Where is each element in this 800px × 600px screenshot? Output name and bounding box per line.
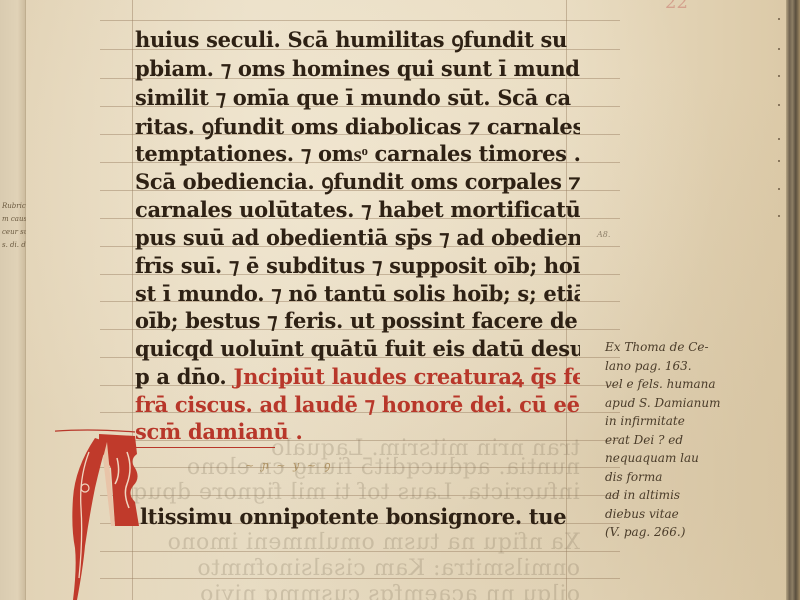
interlinear-scribble: ~ ɲ ~ y ~ ꝯ	[245, 458, 332, 473]
annotation-line: nequaquam lau	[605, 449, 785, 468]
facing-note-line: ceur su	[2, 226, 26, 239]
facing-note-line: s. di. dos	[2, 239, 26, 252]
pricking-hole	[778, 104, 780, 106]
text-line-3: similit ⁊ omīa que ī mundo sūt. Scā ca	[135, 82, 580, 114]
pricking-hole	[778, 48, 780, 50]
annotation-line: diebus vitae	[605, 505, 785, 524]
annotation-line: dis forma	[605, 468, 785, 487]
annotation-line: erat Dei ? ed	[605, 431, 785, 450]
margin-mark: A8.	[597, 230, 610, 239]
facing-page-note: Rubric m caus ceur su s. di. dos	[2, 200, 26, 252]
folio-number: 22	[665, 0, 688, 13]
pricking-hole	[778, 215, 780, 217]
annotation-line: in infirmitate	[605, 412, 785, 431]
text-line-13-black: p a dn̄o.	[135, 364, 233, 389]
annotation-line: Ex Thoma de Ce-	[605, 338, 785, 357]
binding-gutter	[786, 0, 800, 600]
illuminated-initial-a	[55, 428, 145, 600]
rubric-underline	[135, 447, 275, 448]
rubric-line-15: scm̄ damianū .	[135, 416, 580, 448]
pricking-hole	[778, 160, 780, 162]
pricking-hole	[778, 75, 780, 77]
pricking-hole	[778, 18, 780, 20]
pricking-hole	[778, 188, 780, 190]
show-through-text: nuntia. aqducqdit5 fiung cn elono	[130, 455, 580, 480]
annotation-line: ad in altimis	[605, 486, 785, 505]
annotation-line: lano pag. 163.	[605, 357, 785, 376]
facing-page-edge: Rubric m caus ceur su s. di. dos	[0, 0, 26, 600]
show-through-text: oilqu nn acaemfqs cusmmq nivio	[130, 582, 580, 600]
margin-annotation: Ex Thoma de Ce- lano pag. 163. vel e fel…	[605, 338, 785, 542]
annotation-line: (V. pag. 266.)	[605, 523, 785, 542]
show-through-text: Xa nfiqu na tusm omulnmeni imono	[130, 530, 580, 555]
initial-a-icon	[55, 428, 145, 600]
annotation-line: vel e fels. humana	[605, 375, 785, 394]
facing-note-line: m caus	[2, 213, 26, 226]
facing-note-line: Rubric	[2, 200, 26, 213]
pricking-hole	[778, 138, 780, 140]
text-line-1: huius seculi. Scā humilitas ꝯfundit su	[135, 24, 580, 56]
canticle-first-line: ltissimu onnipotente bonsignore. tue	[140, 501, 585, 533]
rubric-incipit: Jncipiūt laudes creaturaꝝ q̄s fecit beat	[233, 364, 580, 389]
show-through-text: onmilsmitra: Kam cisalsinofnmto	[130, 556, 580, 581]
text-line-2: pbiam. ⁊ oms homines qui sunt ī mundo.	[135, 53, 580, 85]
ruling-line	[100, 20, 620, 21]
annotation-line: apud S. Damianum	[605, 394, 785, 413]
